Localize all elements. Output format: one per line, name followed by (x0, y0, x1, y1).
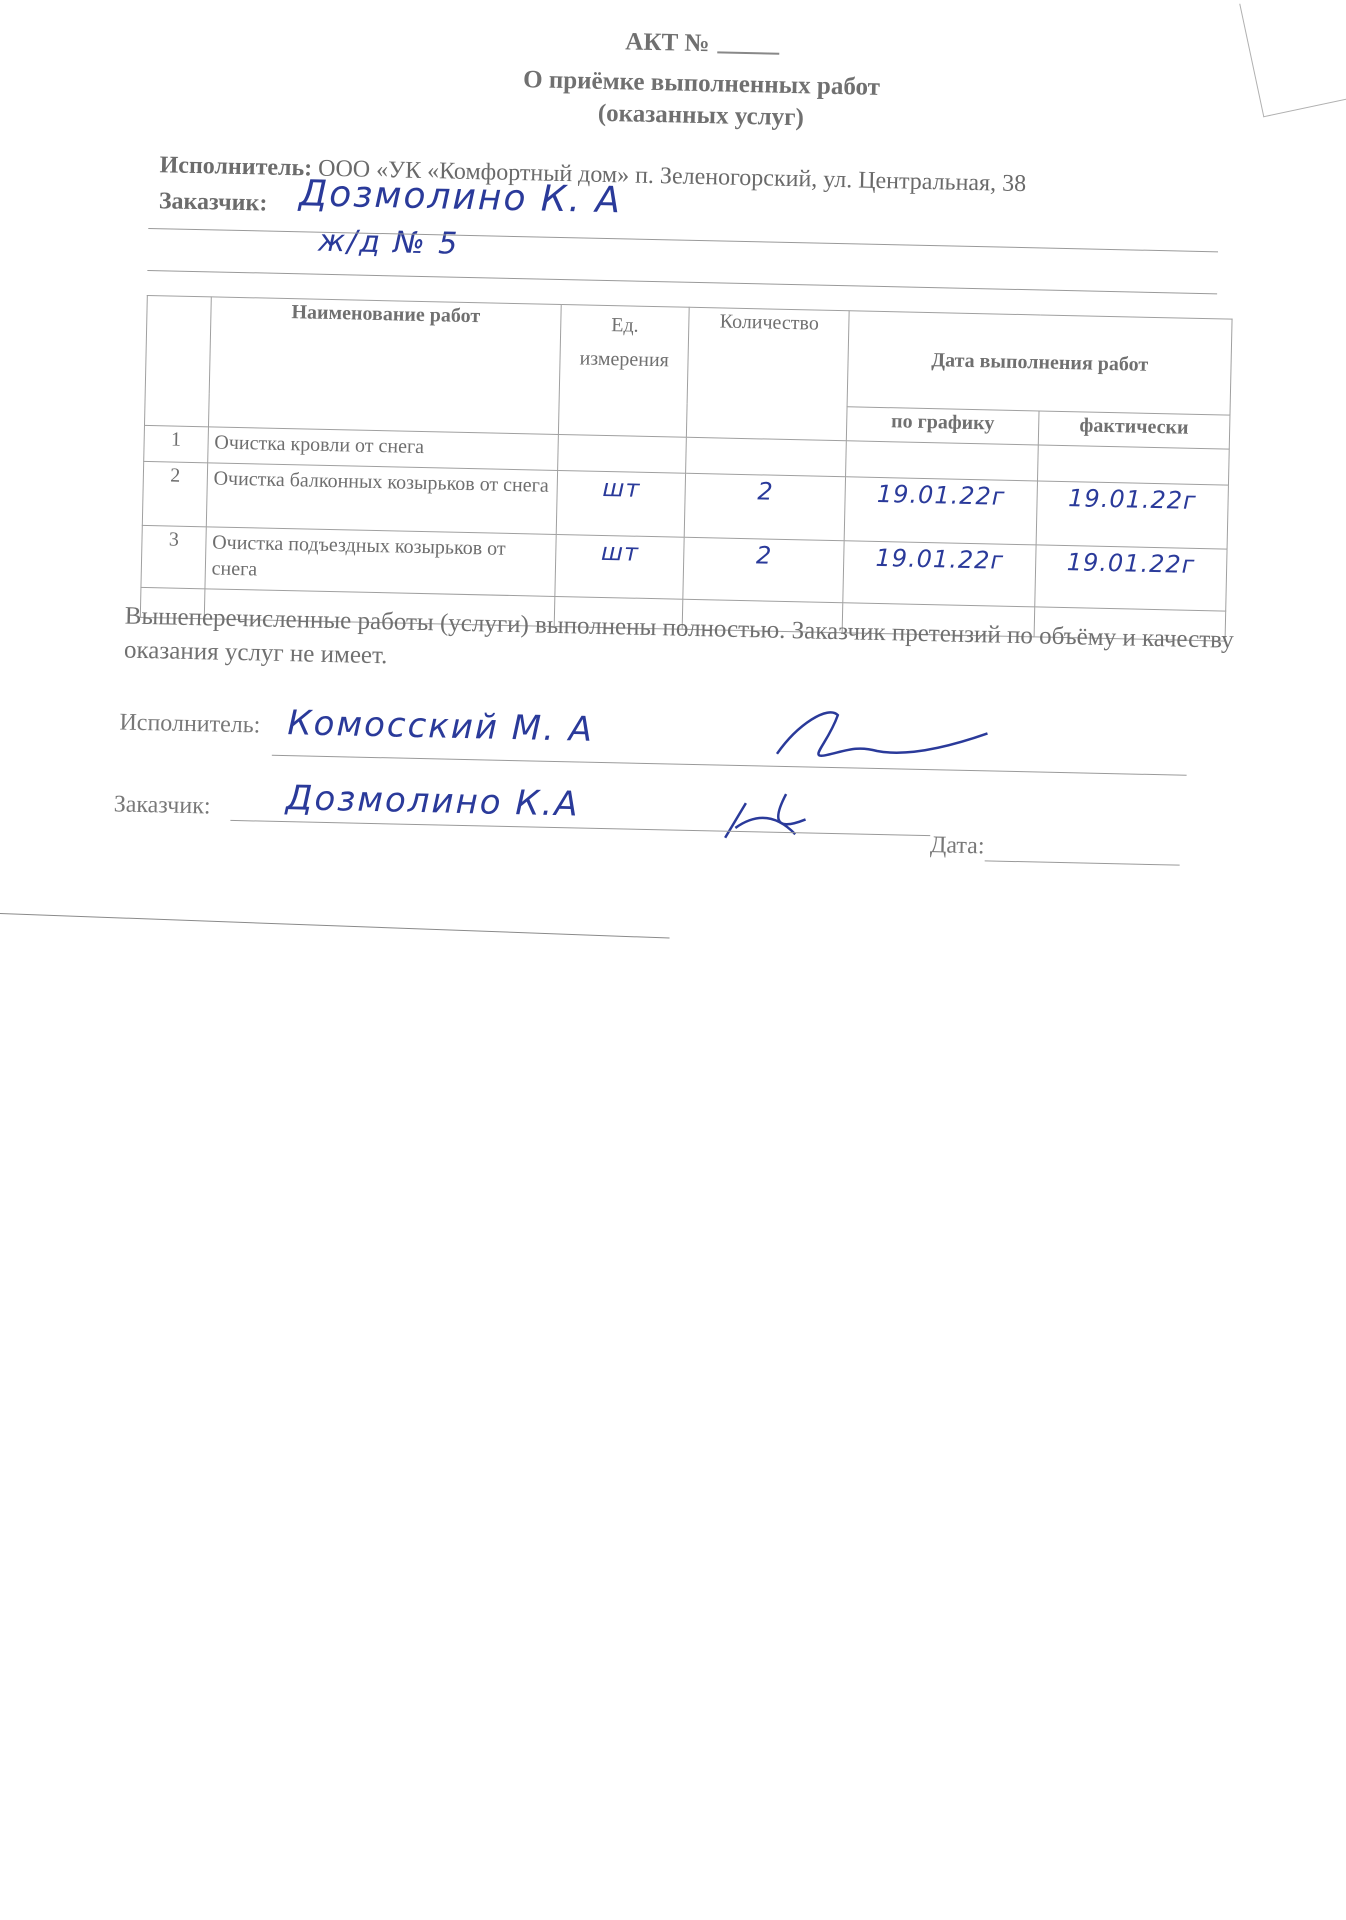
date-label: Дата: (930, 832, 985, 860)
executor-sign-label: Исполнитель: (119, 709, 260, 739)
customer-signature-name: Дозмолино К.А (285, 778, 580, 824)
customer-underline-2 (147, 270, 1217, 294)
header-num (144, 295, 211, 426)
executor-signature-name: Комосский М. А (287, 703, 594, 750)
executor-sign-underline (272, 755, 1187, 776)
header-date-actual: фактически (1038, 411, 1230, 449)
header-date-group: Дата выполнения работ (847, 311, 1232, 415)
customer-address-handwritten: ж/д № 5 (318, 224, 460, 262)
customer-underline (148, 228, 1218, 252)
header-unit: Ед. измерения (558, 305, 689, 438)
customer-signature-scrawl-icon (715, 783, 836, 856)
header-date-planned: по графику (847, 407, 1039, 445)
header-name: Наименование работ (208, 297, 561, 435)
customer-name-handwritten: Дозмолино К. А (299, 173, 623, 221)
customer-sign-label: Заказчик: (113, 791, 210, 820)
customer-label: Заказчик: (159, 188, 268, 217)
document-sheet: АКТ № О приёмке выполненных работ (оказа… (0, 0, 1346, 986)
date-underline (985, 860, 1180, 865)
works-table: Наименование работ Ед. измерения Количес… (140, 295, 1233, 642)
header-qty: Количество (687, 307, 850, 440)
act-number-blank (717, 51, 779, 54)
executor-label: Исполнитель: (159, 152, 312, 181)
